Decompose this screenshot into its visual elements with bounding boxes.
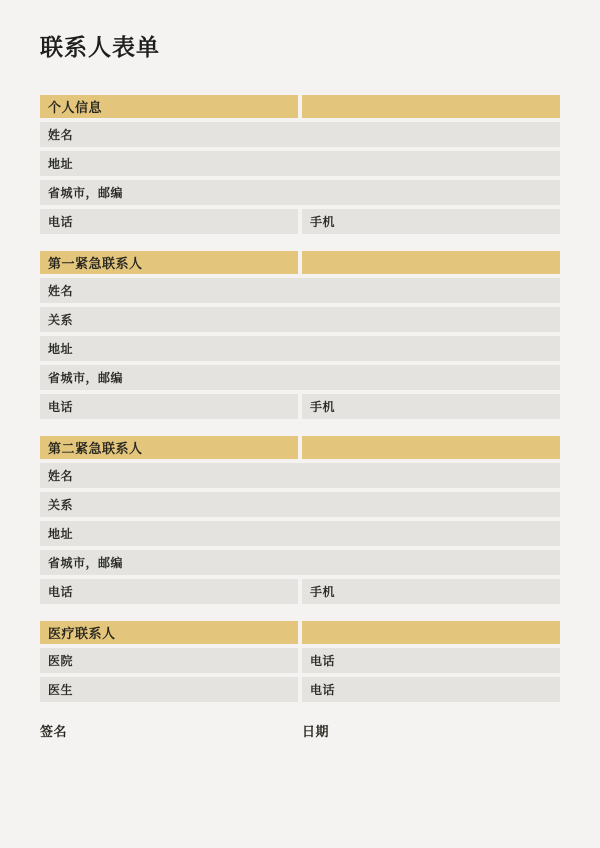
form-row: 关系 — [40, 307, 560, 332]
section-header-label: 个人信息 — [40, 95, 298, 118]
field-hospital-phone[interactable]: 电话 — [302, 648, 560, 673]
field-city-state-zip[interactable]: 省城市，邮编 — [40, 550, 560, 575]
field-name[interactable]: 姓名 — [40, 463, 560, 488]
form-row: 医生电话 — [40, 677, 560, 702]
field-mobile[interactable]: 手机 — [302, 579, 560, 604]
field-relationship[interactable]: 关系 — [40, 492, 560, 517]
form-row: 地址 — [40, 336, 560, 361]
form-row: 省城市，邮编 — [40, 550, 560, 575]
field-address[interactable]: 地址 — [40, 151, 560, 176]
page-title: 联系人表单 — [40, 34, 560, 60]
field-relationship[interactable]: 关系 — [40, 307, 560, 332]
section-header-row: 个人信息 — [40, 95, 560, 118]
form-sections: 个人信息姓名地址省城市，邮编电话手机第一紧急联系人姓名关系地址省城市，邮编电话手… — [40, 95, 560, 702]
form-row: 姓名 — [40, 463, 560, 488]
form-section-medical-contacts: 医疗联系人医院电话医生电话 — [40, 621, 560, 702]
form-section-emergency-contact-2: 第二紧急联系人姓名关系地址省城市，邮编电话手机 — [40, 436, 560, 604]
field-mobile[interactable]: 手机 — [302, 394, 560, 419]
form-row: 医院电话 — [40, 648, 560, 673]
field-doctor[interactable]: 医生 — [40, 677, 298, 702]
field-phone[interactable]: 电话 — [40, 209, 298, 234]
signature-label[interactable]: 签名 — [40, 721, 298, 740]
form-row: 电话手机 — [40, 394, 560, 419]
field-address[interactable]: 地址 — [40, 336, 560, 361]
section-header-label: 第二紧急联系人 — [40, 436, 298, 459]
field-phone[interactable]: 电话 — [40, 394, 298, 419]
form-row: 电话手机 — [40, 579, 560, 604]
date-label[interactable]: 日期 — [302, 721, 560, 740]
form-row: 电话手机 — [40, 209, 560, 234]
field-phone[interactable]: 电话 — [40, 579, 298, 604]
form-section-personal-info: 个人信息姓名地址省城市，邮编电话手机 — [40, 95, 560, 234]
form-row: 姓名 — [40, 278, 560, 303]
field-address[interactable]: 地址 — [40, 521, 560, 546]
form-section-emergency-contact-1: 第一紧急联系人姓名关系地址省城市，邮编电话手机 — [40, 251, 560, 419]
signature-date-row: 签名 日期 — [40, 721, 560, 740]
field-name[interactable]: 姓名 — [40, 122, 560, 147]
field-hospital[interactable]: 医院 — [40, 648, 298, 673]
section-header-row: 医疗联系人 — [40, 621, 560, 644]
section-header-spacer — [302, 95, 560, 118]
field-name[interactable]: 姓名 — [40, 278, 560, 303]
section-header-row: 第一紧急联系人 — [40, 251, 560, 274]
form-row: 省城市，邮编 — [40, 180, 560, 205]
section-header-row: 第二紧急联系人 — [40, 436, 560, 459]
form-row: 地址 — [40, 151, 560, 176]
form-row: 关系 — [40, 492, 560, 517]
section-header-label: 第一紧急联系人 — [40, 251, 298, 274]
field-city-state-zip[interactable]: 省城市，邮编 — [40, 180, 560, 205]
section-header-spacer — [302, 251, 560, 274]
section-header-spacer — [302, 436, 560, 459]
contact-form-page: 联系人表单 个人信息姓名地址省城市，邮编电话手机第一紧急联系人姓名关系地址省城市… — [0, 0, 600, 848]
field-doctor-phone[interactable]: 电话 — [302, 677, 560, 702]
form-row: 姓名 — [40, 122, 560, 147]
form-row: 地址 — [40, 521, 560, 546]
field-mobile[interactable]: 手机 — [302, 209, 560, 234]
form-row: 省城市，邮编 — [40, 365, 560, 390]
section-header-label: 医疗联系人 — [40, 621, 298, 644]
section-header-spacer — [302, 621, 560, 644]
field-city-state-zip[interactable]: 省城市，邮编 — [40, 365, 560, 390]
